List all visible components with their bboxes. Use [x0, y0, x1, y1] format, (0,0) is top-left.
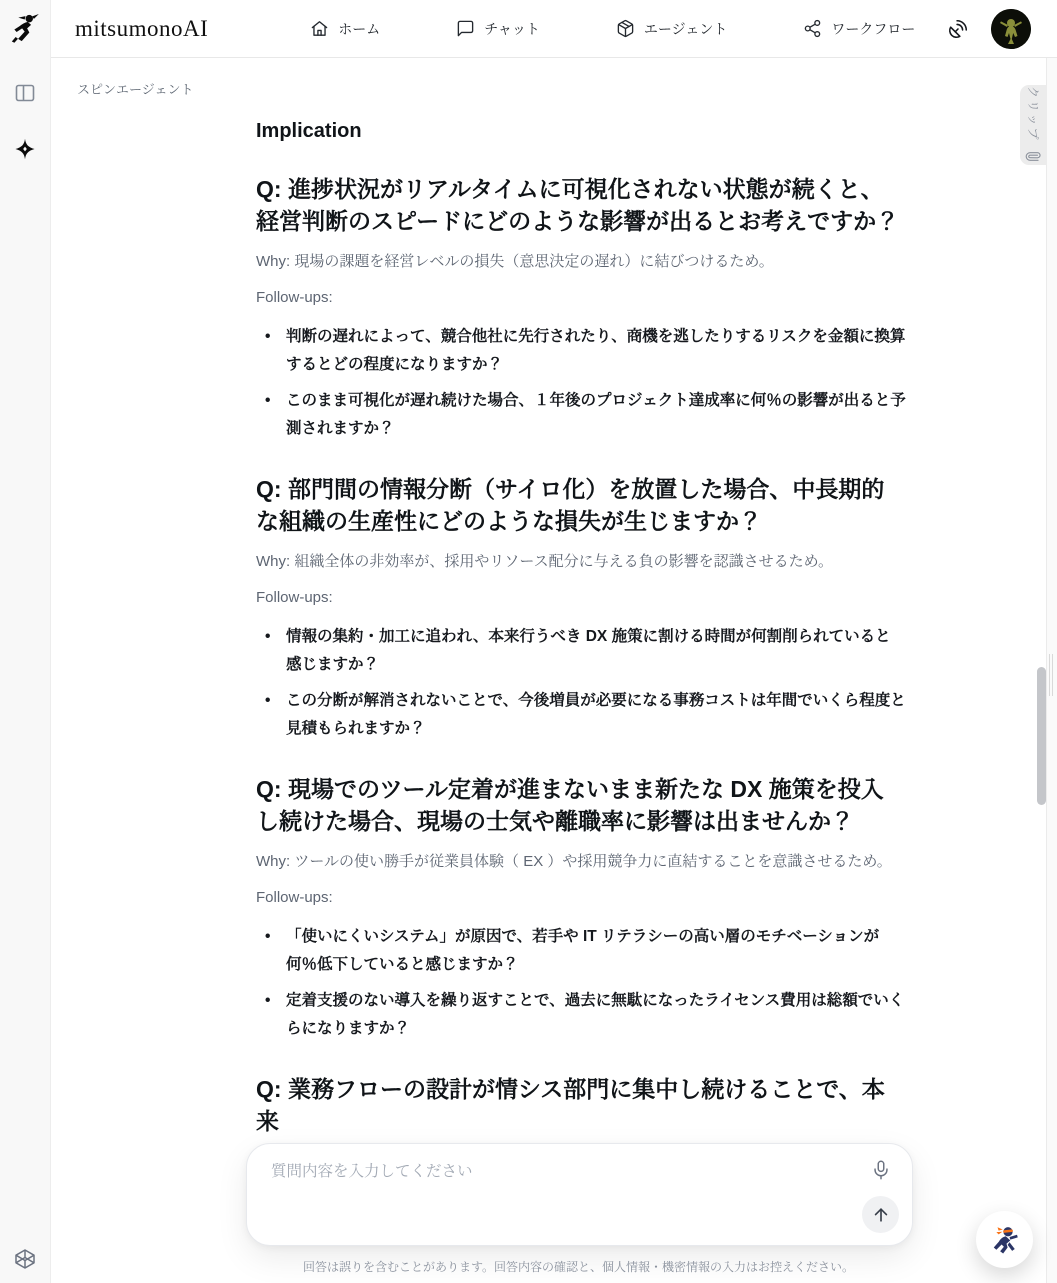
sparkle-icon[interactable]	[5, 129, 45, 169]
user-avatar[interactable]	[991, 9, 1031, 49]
followups-list: 判断の遅れによって、競合他社に先行されたり、商機を逃したりするリスクを金額に換算…	[256, 323, 906, 443]
main-nav: ホーム チャット エージェント	[310, 19, 915, 39]
assistant-ninja-button[interactable]	[976, 1211, 1033, 1268]
nav-item-chat[interactable]: チャット	[456, 19, 540, 39]
why-text: Why: 組織全体の非効率が、採用やリソース配分に与える負の影響を認識させるため…	[256, 551, 906, 573]
why-text: Why: ツールの使い勝手が従業員体験（ EX ）や採用競争力に直結することを意…	[256, 851, 906, 873]
question-heading: Q: 現場でのツール定着が進まないまま新たな DX 施策を投入し続けた場合、現場…	[256, 773, 906, 837]
followups-label: Follow-ups:	[256, 587, 906, 609]
header-right	[947, 9, 1057, 49]
section-title: Implication	[256, 120, 906, 143]
followups-label: Follow-ups:	[256, 887, 906, 909]
nav-label: エージェント	[644, 19, 727, 39]
satellite-dish-icon[interactable]	[947, 18, 969, 40]
followups-label: Follow-ups:	[256, 287, 906, 309]
list-item: 判断の遅れによって、競合他社に先行されたり、商機を逃したりするリスクを金額に換算…	[256, 323, 906, 379]
paperclip-icon	[1026, 149, 1041, 164]
nav-item-agent[interactable]: エージェント	[616, 19, 727, 39]
why-text: Why: 現場の課題を経営レベルの損失（意思決定の遅れ）に結びつけるため。	[256, 251, 906, 273]
workflow-icon	[803, 19, 822, 38]
chat-response-content: Implication Q: 進捗状況がリアルタイムに可視化されない状態が続くと…	[256, 95, 906, 1137]
list-item: 定着支援のない導入を繰り返すことで、過去に無駄になったライセンス費用は総額でいく…	[256, 987, 906, 1043]
microphone-icon[interactable]	[866, 1155, 896, 1185]
list-item: このまま可視化が遅れ続けた場合、１年後のプロジェクト達成率に何％の影響が出ると予…	[256, 387, 906, 443]
left-rail	[0, 0, 51, 1283]
question-heading: Q: 業務フローの設計が情シス部門に集中し続けることで、本来	[256, 1073, 906, 1137]
panel-toggle-icon[interactable]	[5, 73, 45, 113]
home-icon	[310, 19, 329, 38]
list-item: 「使いにくいシステム」が原因で、若手や IT リテラシーの高い層のモチベーション…	[256, 923, 906, 979]
clip-panel-tab[interactable]: クリップ	[1020, 85, 1047, 165]
ninja-mascot-icon	[987, 1222, 1023, 1258]
followups-list: 「使いにくいシステム」が原因で、若手や IT リテラシーの高い層のモチベーション…	[256, 923, 906, 1043]
chat-icon	[456, 19, 475, 38]
nav-item-workflow[interactable]: ワークフロー	[803, 19, 915, 39]
cube-wireframe-icon[interactable]	[5, 1239, 45, 1279]
list-item: 情報の集約・加工に追われ、本来行うべき DX 施策に割ける時間が何割削られている…	[256, 623, 906, 679]
question-heading: Q: 進捗状況がリアルタイムに可視化されない状態が続くと、経営判断のスピードにど…	[256, 173, 906, 237]
breadcrumb: スピンエージェント	[77, 79, 193, 98]
list-item: この分断が解消されないことで、今後増員が必要になる事務コストは年間でいくら程度と…	[256, 687, 906, 743]
nav-label: ホーム	[338, 19, 380, 39]
agent-cube-icon	[616, 19, 635, 38]
header: mitsumonoAI ホーム チャット	[50, 0, 1057, 58]
disclaimer-text: 回答は誤りを含むことがあります。回答内容の確認と、個人情報・機密情報の入力はお控…	[246, 1258, 911, 1275]
nav-item-home[interactable]: ホーム	[310, 19, 380, 39]
nav-label: ワークフロー	[831, 19, 915, 39]
ninja-logo-icon[interactable]	[5, 8, 45, 48]
message-composer	[246, 1143, 913, 1246]
question-heading: Q: 部門間の情報分断（サイロ化）を放置した場合、中長期的な組織の生産性にどのよ…	[256, 473, 906, 537]
clip-tab-label: クリップ	[1025, 86, 1042, 142]
nav-label: チャット	[484, 19, 540, 39]
scrollbar-thumb[interactable]	[1037, 667, 1046, 805]
followups-list: 情報の集約・加工に追われ、本来行うべき DX 施策に割ける時間が何割削られている…	[256, 623, 906, 743]
question-input[interactable]	[269, 1157, 833, 1223]
panel-drag-handle[interactable]	[1049, 654, 1055, 696]
send-button[interactable]	[862, 1196, 899, 1233]
brand-logo-text[interactable]: mitsumonoAI	[75, 16, 208, 42]
